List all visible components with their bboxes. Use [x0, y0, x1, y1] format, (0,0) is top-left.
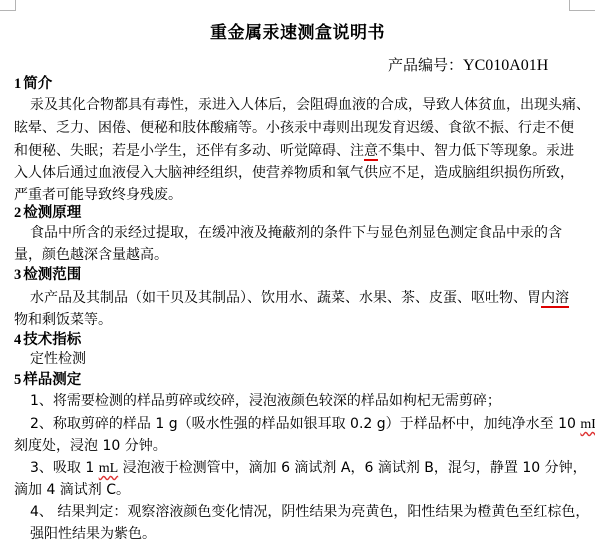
paragraph-line: 定性检测 — [30, 349, 86, 369]
step-line: 2、称取剪碎的样品 1 g（吸水性强的样品如银耳取 0.2 g）于样品杯中，加纯… — [30, 414, 595, 435]
section-heading-scope: 3检测范围 — [14, 265, 81, 285]
product-number: 产品编号：YC010A01H — [388, 54, 548, 75]
section-heading-principle: 2检测原理 — [14, 203, 81, 223]
paragraph-line: 食品中所含的汞经过提取，在缓冲液及掩蔽剂的条件下与显色剂显色测定食品中汞的含 — [30, 223, 562, 243]
section-heading-procedure: 5样品测定 — [14, 370, 81, 390]
section-title: 样品测定 — [23, 372, 81, 388]
section-title: 简介 — [23, 76, 52, 92]
section-title: 技术指标 — [23, 332, 81, 348]
step-line: 4、 结果判定：观察溶液颜色变化情况，阴性结果为亮黄色，阳性结果为橙黄色至红棕色… — [30, 502, 589, 522]
section-title: 检测原理 — [23, 205, 81, 221]
page-corner-mark-right — [569, 0, 595, 11]
step-line: 滴加 4 滴试剂 C。 — [14, 480, 130, 500]
text-span: 水产品及其制品（如干贝及其制品）、饮用水、蔬菜、水果、茶、皮蛋、呕吐物、胃 — [30, 290, 541, 306]
paragraph-line: 严重者可能导致终身残废。 — [14, 185, 182, 205]
section-number: 1 — [14, 76, 21, 92]
paragraph-line: 汞及其化合物都具有毒性，汞进入人体后，会阻碍血液的合成，导致人体贫血，出现头痛、 — [30, 95, 590, 115]
paragraph-line: 量，颜色越深含量越高。 — [14, 245, 168, 265]
spellcheck-flagged-word[interactable]: mL — [580, 417, 595, 432]
text-span: 浸泡液于检测管中，滴加 6 滴试剂 A，6 滴试剂 B，混匀，静置 10 分钟， — [118, 460, 586, 476]
step-line: 强阳性结果为紫色。 — [30, 524, 156, 543]
step-line: 刻度处，浸泡 10 分钟。 — [14, 436, 167, 456]
paragraph-line: 入人体后通过血液侵入大脑神经组织，使营养物质和氧气供应不足，造成脑组织损伤所致， — [14, 163, 574, 183]
product-number-value: YC010A01H — [463, 57, 548, 74]
section-title: 检测范围 — [23, 267, 81, 283]
paragraph-line: 和便秘、失眠；若是小学生，还伴有多动、听觉障碍、注意不集中、智力低下等现象。汞进 — [14, 141, 574, 161]
spellcheck-flagged-word[interactable]: 意 — [364, 143, 378, 159]
spellcheck-flagged-word[interactable]: mL — [99, 461, 118, 476]
section-heading-intro: 1简介 — [14, 74, 52, 94]
section-number: 5 — [14, 372, 21, 388]
paragraph-line: 水产品及其制品（如干贝及其制品）、饮用水、蔬菜、水果、茶、皮蛋、呕吐物、胃内溶 — [30, 288, 569, 308]
product-number-label: 产品编号： — [388, 56, 463, 74]
section-number: 3 — [14, 267, 21, 283]
step-line: 1、将需要检测的样品剪碎或绞碎，浸泡液颜色较深的样品如枸杞无需剪碎； — [30, 391, 501, 411]
section-number: 2 — [14, 205, 21, 221]
text-span: 2、称取剪碎的样品 1 g（吸水性强的样品如银耳取 0.2 g）于样品杯中，加纯… — [30, 416, 580, 432]
step-line: 3、吸取 1 mL 浸泡液于检测管中，滴加 6 滴试剂 A，6 滴试剂 B，混匀… — [30, 458, 587, 479]
document-title: 重金属汞速测盒说明书 — [0, 18, 595, 43]
text-span: 3、吸取 1 — [30, 460, 99, 476]
section-heading-spec: 4技术指标 — [14, 330, 81, 350]
spellcheck-flagged-word[interactable]: 内溶 — [541, 290, 569, 306]
paragraph-line: 眩晕、乏力、困倦、便秘和肢体酸痛等。小孩汞中毒则出现发育迟缓、食欲不振、行走不便 — [14, 118, 574, 138]
section-number: 4 — [14, 332, 21, 348]
paragraph-line: 物和剩饭菜等。 — [14, 310, 112, 330]
text-span: 和便秘、失眠；若是小学生，还伴有多动、听觉障碍、注 — [14, 143, 364, 159]
page-corner-mark-left — [0, 0, 16, 11]
text-span: 不集中、智力低下等现象。汞进 — [378, 143, 574, 159]
